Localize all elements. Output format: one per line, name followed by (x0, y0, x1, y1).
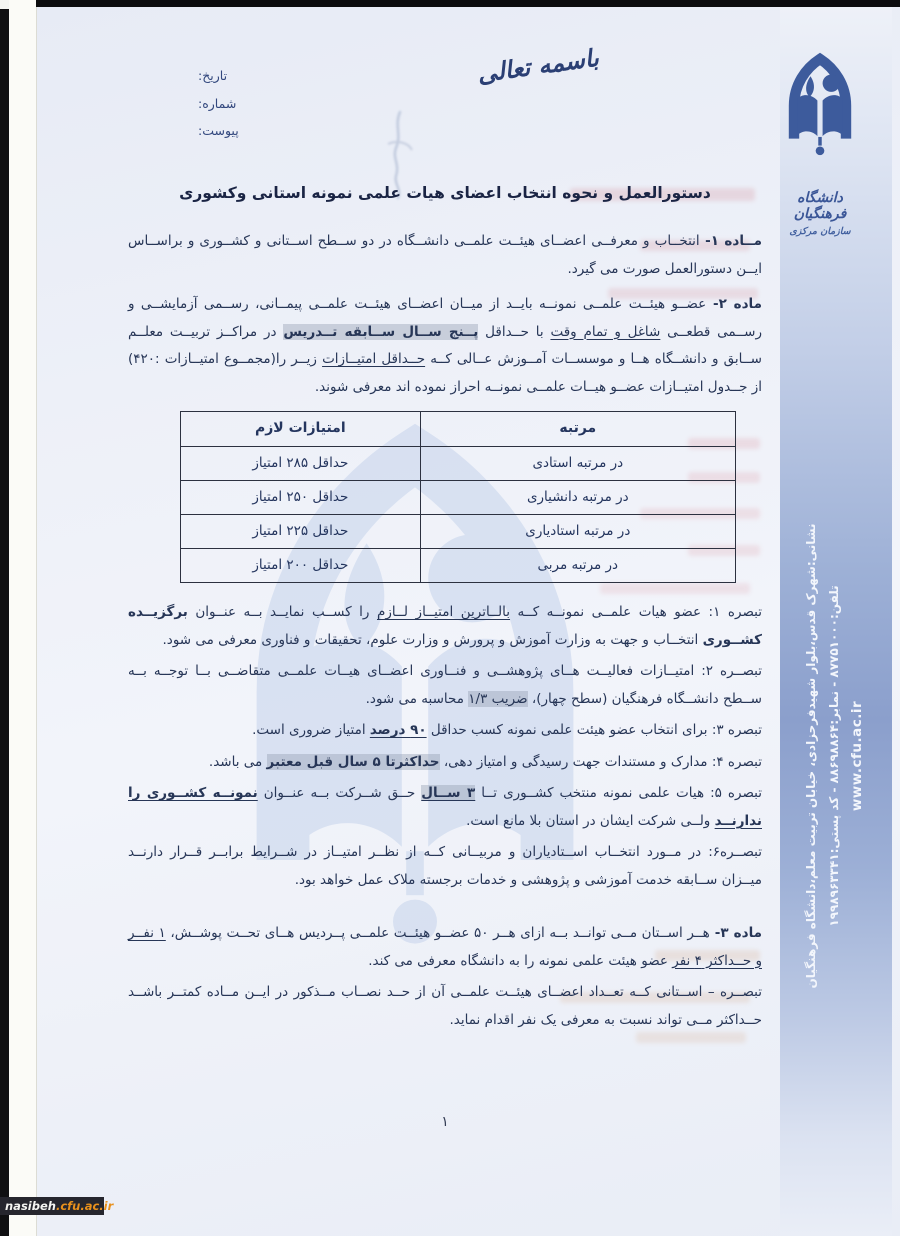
article-1: مــاده ۱- انتخــاب و معرفــی اعضــای هیئ… (128, 228, 762, 283)
attachment-label: پیوست: (198, 117, 294, 145)
note-1: تبصره ۱: عضو هیات علمــی نمونــه کــه با… (128, 599, 762, 654)
letterhead-meta: تاریخ: شماره: پیوست: (198, 62, 294, 145)
score-cell: حداقل ۲۰۰ امتیاز (181, 549, 421, 583)
scan-edge-left (0, 9, 9, 1236)
table-row: در مرتبه استادیاری حداقل ۲۲۵ امتیاز (181, 515, 736, 549)
site-domain: .cfu.ac.ir (56, 1199, 113, 1213)
phone-line: تلفن:۸۷۷۵۱۰۰۰ - نمابر:۸۸۶۹۸۸۶۴ - کد پستی… (823, 436, 846, 1076)
scan-edge-top (36, 0, 900, 7)
address-line: نشانی:شهرک قدس،بلوار شهیدفرحزادی، خیابان… (800, 436, 823, 1076)
note-4: تبصره ۴: مدارک و مستندات جهت رسیدگی و ام… (128, 749, 762, 777)
article-2: ماده ۲- عضــو هیئــت علمــی نمونــه بایـ… (128, 291, 762, 401)
contact-info-vertical: نشانی:شهرک قدس،بلوار شهیدفرحزادی، خیابان… (799, 436, 869, 1076)
university-logo-icon (775, 52, 865, 182)
rank-cell: در مرتبه استادی (420, 447, 735, 481)
score-table: مرتبه امتیازات لازم در مرتبه استادی حداق… (180, 411, 736, 583)
article-3: ماده ۳- هــر اســتان مــی توانــد بــه ا… (128, 920, 762, 975)
rank-cell: در مرتبه دانشیاری (420, 481, 735, 515)
number-label: شماره: (198, 90, 294, 118)
university-logo-block: دانشگاه فرهنگیان سازمان مرکزی (770, 52, 870, 237)
note-2: تبصــره ۲: امتیــازات فعالیــت هــای پژو… (128, 658, 762, 713)
website-line: www.cfu.ac.ir (846, 436, 869, 1076)
rank-cell: در مرتبه مربی (420, 549, 735, 583)
table-row: در مرتبه مربی حداقل ۲۰۰ امتیاز (181, 549, 736, 583)
organization-name: سازمان مرکزی (770, 226, 870, 237)
score-header: امتیازات لازم (181, 412, 421, 447)
site-name: nasibeh (5, 1199, 56, 1213)
note-6: تبصــره۶: در مــورد انتخــاب اســتادیارا… (128, 839, 762, 894)
university-name: دانشگاه فرهنگیان (770, 190, 870, 222)
scan-gutter (9, 0, 37, 1236)
score-cell: حداقل ۲۲۵ امتیاز (181, 515, 421, 549)
note-5: تبصره ۵: هیات علمی نمونه منتخب کشــوری ت… (128, 780, 762, 835)
article-3-note: تبصــره – اســتانی کــه تعــداد اعضــای … (128, 979, 762, 1034)
table-row: در مرتبه استادی حداقل ۲۸۵ امتیاز (181, 447, 736, 481)
table-row: در مرتبه دانشیاری حداقل ۲۵۰ امتیاز (181, 481, 736, 515)
note-3: تبصره ۳: برای انتخاب عضو هیئت علمی نمونه… (128, 717, 762, 745)
document-body: دستورالعمل و نحوه انتخاب اعضای هیات علمی… (128, 182, 762, 1038)
rank-cell: در مرتبه استادیاری (420, 515, 735, 549)
date-label: تاریخ: (198, 62, 294, 90)
scanned-document: تاریخ: شماره: پیوست: باسمه تعالی دانشگاه… (0, 0, 900, 1236)
site-watermark-bar: nasibeh.cfu.ac.ir (0, 1197, 104, 1215)
table-header-row: مرتبه امتیازات لازم (181, 412, 736, 447)
score-cell: حداقل ۲۵۰ امتیاز (181, 481, 421, 515)
rank-header: مرتبه (420, 412, 735, 447)
score-cell: حداقل ۲۸۵ امتیاز (181, 447, 421, 481)
document-title: دستورالعمل و نحوه انتخاب اعضای هیات علمی… (128, 182, 762, 204)
page-number: ۱ (428, 1114, 462, 1130)
